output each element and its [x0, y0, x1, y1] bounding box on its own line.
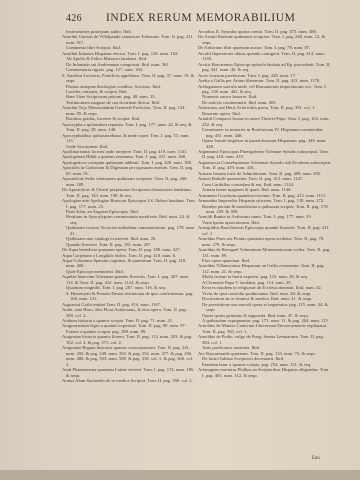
catchword: Ean	[312, 456, 320, 461]
index-entry: Arfanagens morintur Pfalbus an Scriptori…	[198, 367, 332, 378]
index-entry: Apologiae arte Apologiae Bruncari Episco…	[62, 198, 196, 209]
index-entry: Arnegoldus Barcilonenis Episcopus quando…	[198, 225, 332, 236]
index-subentry: Bondyn periam & mendissina a quibusam sc…	[198, 204, 332, 215]
index-entry: Apostolicae Sedis relationem quibusam sc…	[62, 176, 196, 187]
index-entry: Arabi, sine Haro, aliis Flora Arabicanus…	[62, 307, 196, 318]
page-header: 426 INDEX RERUM MEMORABILIUM	[62, 13, 332, 27]
index-entry: Aqua-Columnus Sparsim cognitus, & quaesi…	[62, 258, 196, 269]
index-entry: Arnoldus de Podio, vulgo de Pueg, Sermo …	[198, 334, 332, 345]
index-entry: Arelagamum saecula unde, vel Romanorum i…	[198, 84, 332, 95]
index-entry: Apostolis in Gothorum & Digestum per quo…	[62, 165, 196, 176]
index-entry: Apocrypha a quibusdam reputata. Tom. I. …	[62, 122, 196, 133]
index-entry: De Apostolicae & Christi perpetuisse Scr…	[62, 187, 196, 198]
index-entry: Aragoniae historia quamis florent. Tom. …	[62, 334, 196, 345]
left-column: Instrustiones principum audio. Ibid.Anse…	[62, 29, 196, 383]
index-entry: Armandus Imperador Hispanie strictum. To…	[198, 198, 332, 203]
index-subentry: Errores ejusdem in religiosae ab Ecclesi…	[198, 285, 332, 290]
index-subentry: S. Hieronymi & Pseudo-Dexter testimonia …	[62, 291, 196, 302]
index-entry: Arfaricam, aut Heris Arfaricalia poeta. …	[198, 105, 332, 110]
index-entry: Arnoldus de Revugrel Volumnium Monumento…	[198, 247, 332, 258]
index-entry: Argamaccia Conseloptianae Toletanae Syno…	[198, 160, 332, 171]
index-entry: Arculti Imperatoris obitus quando contig…	[198, 51, 332, 62]
index-entry: Arnoldus de Muntes Canticum Universum Em…	[198, 323, 332, 334]
index-subentry: Quibusam iverum Victoriae nulladiam comm…	[62, 225, 196, 236]
index-entry: Argamumo Episcopus Pheragolense Toletane…	[198, 149, 332, 160]
index-entry: Arcitis Bracarensis Episcopi epistola la…	[198, 62, 332, 73]
index-entry: Aratus Abun Suchaeles de re medica Scrip…	[62, 378, 196, 383]
index-entry: Arati Phaenomena quaenam Latine verterit…	[62, 367, 196, 378]
index-entry: De Arcani libertate quibusam scripsere. …	[198, 34, 332, 45]
index-entry: Arnoldus Pons seu Pontus quaenam opera s…	[198, 236, 332, 247]
index-entry: Arnoldus Villanovanus Hispanum an Gallis…	[198, 263, 332, 274]
book-page: 426 INDEX RERUM MEMORABILIUM Instrustion…	[0, 0, 360, 470]
right-column: Arcadius II. Synodus quarta contio. Tom.…	[198, 29, 332, 378]
page-bottom-edge	[0, 470, 360, 480]
index-entry: S. Anselmi Lucensis, Pontificis appellat…	[62, 73, 196, 84]
running-title: INDEX RERUM MEMORABILIUM	[106, 12, 295, 24]
index-entry: Aragoniae Regum historiae quamis conscri…	[62, 345, 196, 367]
index-subentry: Comoinarer in minorier in Bonifacium IV.…	[198, 127, 332, 138]
index-entry: De Aqua benedicta quaenam opera. Tom. II…	[62, 247, 196, 252]
index-entry: Arelia a Gallis per Arium liberantur. To…	[198, 78, 332, 83]
index-subentry: Restitum in Apocalypsim commentaria mani…	[62, 214, 196, 225]
index-subentry: Doctissimas in re chimica & medica. Ibid…	[198, 296, 332, 301]
index-entry: Anselmi Garsias de Villalpando canonicus…	[62, 34, 196, 45]
index-subentry: De praestitione sua saeculi opera et imp…	[198, 302, 332, 313]
index-entry: Apocryphalibus quibusmodistur, & unde co…	[62, 133, 196, 144]
index-entry: Aquilae benevum Toletanae gramite floren…	[62, 274, 196, 285]
index-entry: Arnaldi Compacti Ironae in aonet Theoret…	[198, 116, 332, 127]
index-entry: Anselmi Tojo Memorandum Generale Profici…	[62, 105, 196, 116]
page-number: 426	[66, 13, 82, 24]
index-subentry: Opera Istrutti impietas in paradolosarum…	[198, 138, 332, 149]
